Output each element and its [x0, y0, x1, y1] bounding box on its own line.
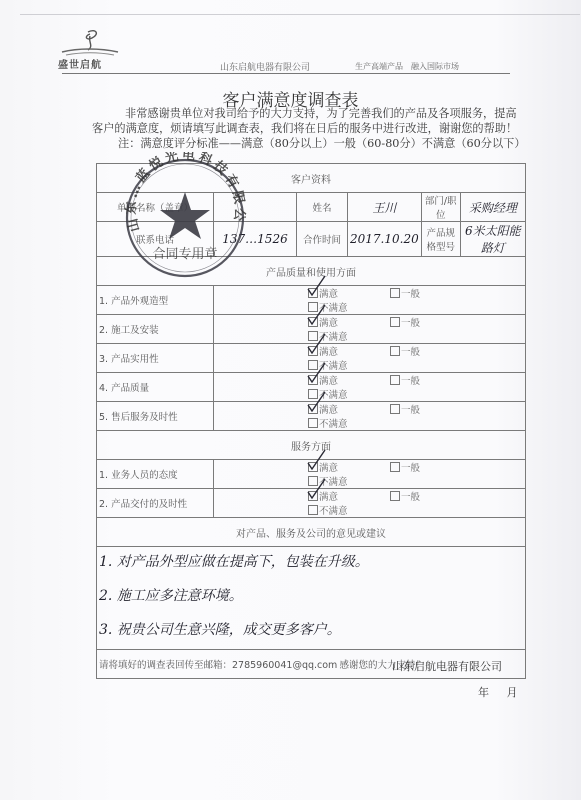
option-label: 一般 — [401, 318, 420, 329]
name-label: 姓名 — [297, 193, 348, 222]
signature-date: 年 月 — [478, 684, 518, 700]
checkmark-icon — [307, 275, 327, 297]
checkmark-icon — [307, 391, 327, 413]
option-average[interactable]: 一般 — [390, 373, 470, 387]
option-label: 一般 — [401, 376, 420, 387]
section-title-customer-info: 客户资料 — [97, 164, 526, 193]
rating-options: 满意一般不满意 — [214, 286, 526, 315]
checkmark-icon — [307, 362, 327, 384]
intro-line-1: 非常感谢贵单位对我司给予的大力支持，为了完善我们的产品及各项服务，提高 — [102, 106, 532, 121]
header-divider — [62, 73, 510, 74]
comment-line: 3. 祝贵公司生意兴隆，成交更多客户。 — [99, 615, 523, 649]
option-label: 不满意 — [319, 419, 348, 430]
checkmark-icon — [307, 449, 327, 471]
option-unsatisfied[interactable]: 不满意 — [308, 503, 368, 517]
option-satisfied[interactable]: 满意 — [308, 315, 390, 329]
checkbox-unsatisfied[interactable] — [308, 505, 318, 515]
checkbox-satisfied[interactable] — [308, 317, 318, 327]
rating-options: 满意一般不满意 — [214, 373, 526, 402]
option-unsatisfied[interactable]: 不满意 — [308, 416, 368, 430]
signature-company: 山东启航电器有限公司 — [392, 658, 502, 674]
rating-options: 满意一般不满意 — [214, 344, 526, 373]
question-label: 2. 产品交付的及时性 — [97, 489, 214, 518]
option-average[interactable]: 一般 — [390, 344, 470, 358]
phone-label: 联系电话 — [97, 222, 214, 257]
question-label: 1. 业务人员的态度 — [97, 460, 214, 489]
product-rating-rows: 1. 产品外观造型满意一般不满意2. 施工及安装满意一般不满意3. 产品实用性满… — [97, 286, 526, 431]
option-label: 一般 — [401, 347, 420, 358]
checkbox-average[interactable] — [390, 375, 400, 385]
option-satisfied[interactable]: 满意 — [308, 489, 390, 503]
checkmark-icon — [307, 304, 327, 326]
comment-line: 2. 施工应多注意环境。 — [99, 581, 523, 615]
option-label: 一般 — [401, 492, 420, 503]
comments-field[interactable]: 1. 对产品外型应做在提高下，包装在升级。 2. 施工应多注意环境。 3. 祝贵… — [97, 547, 526, 650]
option-satisfied[interactable]: 满意 — [308, 344, 390, 358]
option-label: 不满意 — [319, 506, 348, 517]
return-email-text: 请将填好的调查表回传至邮箱：2785960041@qq.com — [99, 660, 337, 671]
option-label: 一般 — [401, 289, 420, 300]
option-average[interactable]: 一般 — [390, 402, 470, 416]
checkbox-average[interactable] — [390, 462, 400, 472]
checkmark-icon — [307, 478, 327, 500]
rating-options: 满意一般不满意 — [214, 489, 526, 518]
checkbox-satisfied[interactable] — [308, 288, 318, 298]
section-title-comments: 对产品、服务及公司的意见或建议 — [97, 518, 526, 547]
question-label: 3. 产品实用性 — [97, 344, 214, 373]
spec-field[interactable]: 6米太阳能路灯 — [460, 222, 525, 257]
checkbox-unsatisfied[interactable] — [308, 418, 318, 428]
intro-line-3: 注：满意度评分标准——满意（80分以上）一般（60-80分）不满意（60分以下） — [102, 136, 532, 151]
question-label: 2. 施工及安装 — [97, 315, 214, 344]
coop-time-label: 合作时间 — [297, 222, 348, 257]
option-label: 一般 — [401, 405, 420, 416]
intro-text: 非常感谢贵单位对我司给予的大力支持，为了完善我们的产品及各项服务，提高 客户的满… — [102, 106, 532, 151]
rating-row: 2. 产品交付的及时性满意一般不满意 — [97, 489, 526, 518]
option-satisfied[interactable]: 满意 — [308, 460, 390, 474]
checkbox-satisfied[interactable] — [308, 375, 318, 385]
option-average[interactable]: 一般 — [390, 489, 470, 503]
option-satisfied[interactable]: 满意 — [308, 402, 390, 416]
spec-label: 产品规格型号 — [421, 222, 460, 257]
header-slogan: 生产高端产品 融入国际市场 — [355, 61, 459, 72]
comment-line: 1. 对产品外型应做在提高下，包装在升级。 — [99, 547, 523, 581]
logo-text: 盛世启航 — [58, 56, 102, 71]
name-field[interactable]: 王川 — [348, 193, 422, 222]
option-average[interactable]: 一般 — [390, 315, 470, 329]
checkbox-average[interactable] — [390, 404, 400, 414]
phone-field[interactable]: 137…1526 — [214, 222, 297, 257]
rating-options: 满意一般不满意 — [214, 460, 526, 489]
checkbox-satisfied[interactable] — [308, 491, 318, 501]
rating-options: 满意一般不满意 — [214, 402, 526, 431]
checkbox-satisfied[interactable] — [308, 462, 318, 472]
checkbox-average[interactable] — [390, 491, 400, 501]
checkbox-satisfied[interactable] — [308, 346, 318, 356]
question-label: 1. 产品外观造型 — [97, 286, 214, 315]
company-field[interactable] — [214, 193, 297, 222]
header-company-name: 山东启航电器有限公司 — [220, 60, 310, 73]
coop-time-field[interactable]: 2017.10.20 — [348, 222, 422, 257]
question-label: 4. 产品质量 — [97, 373, 214, 402]
rating-options: 满意一般不满意 — [214, 315, 526, 344]
company-label: 单位名称（盖章） — [97, 193, 214, 222]
checkbox-average[interactable] — [390, 288, 400, 298]
option-satisfied[interactable]: 满意 — [308, 286, 390, 300]
rating-row: 5. 售后服务及时性满意一般不满意 — [97, 402, 526, 431]
option-average[interactable]: 一般 — [390, 460, 470, 474]
dept-field[interactable]: 采购经理 — [460, 193, 525, 222]
option-label: 一般 — [401, 463, 420, 474]
dept-label: 部门/职位 — [421, 193, 460, 222]
checkbox-average[interactable] — [390, 346, 400, 356]
checkbox-satisfied[interactable] — [308, 404, 318, 414]
question-label: 5. 售后服务及时性 — [97, 402, 214, 431]
service-rating-rows: 1. 业务人员的态度满意一般不满意2. 产品交付的及时性满意一般不满意 — [97, 460, 526, 518]
scanned-page: 盛世启航 山东启航电器有限公司 生产高端产品 融入国际市场 客户满意度调查表 非… — [0, 0, 581, 800]
option-average[interactable]: 一般 — [390, 286, 470, 300]
page-edge-line — [20, 14, 580, 15]
checkmark-icon — [307, 333, 327, 355]
survey-table: 客户资料 单位名称（盖章） 姓名 王川 部门/职位 采购经理 联系电话 137…… — [96, 163, 526, 679]
option-satisfied[interactable]: 满意 — [308, 373, 390, 387]
intro-line-2: 客户的满意度，烦请填写此调查表，我们将在日后的服务中进行改进，谢谢您的帮助！ — [92, 121, 532, 136]
checkbox-average[interactable] — [390, 317, 400, 327]
